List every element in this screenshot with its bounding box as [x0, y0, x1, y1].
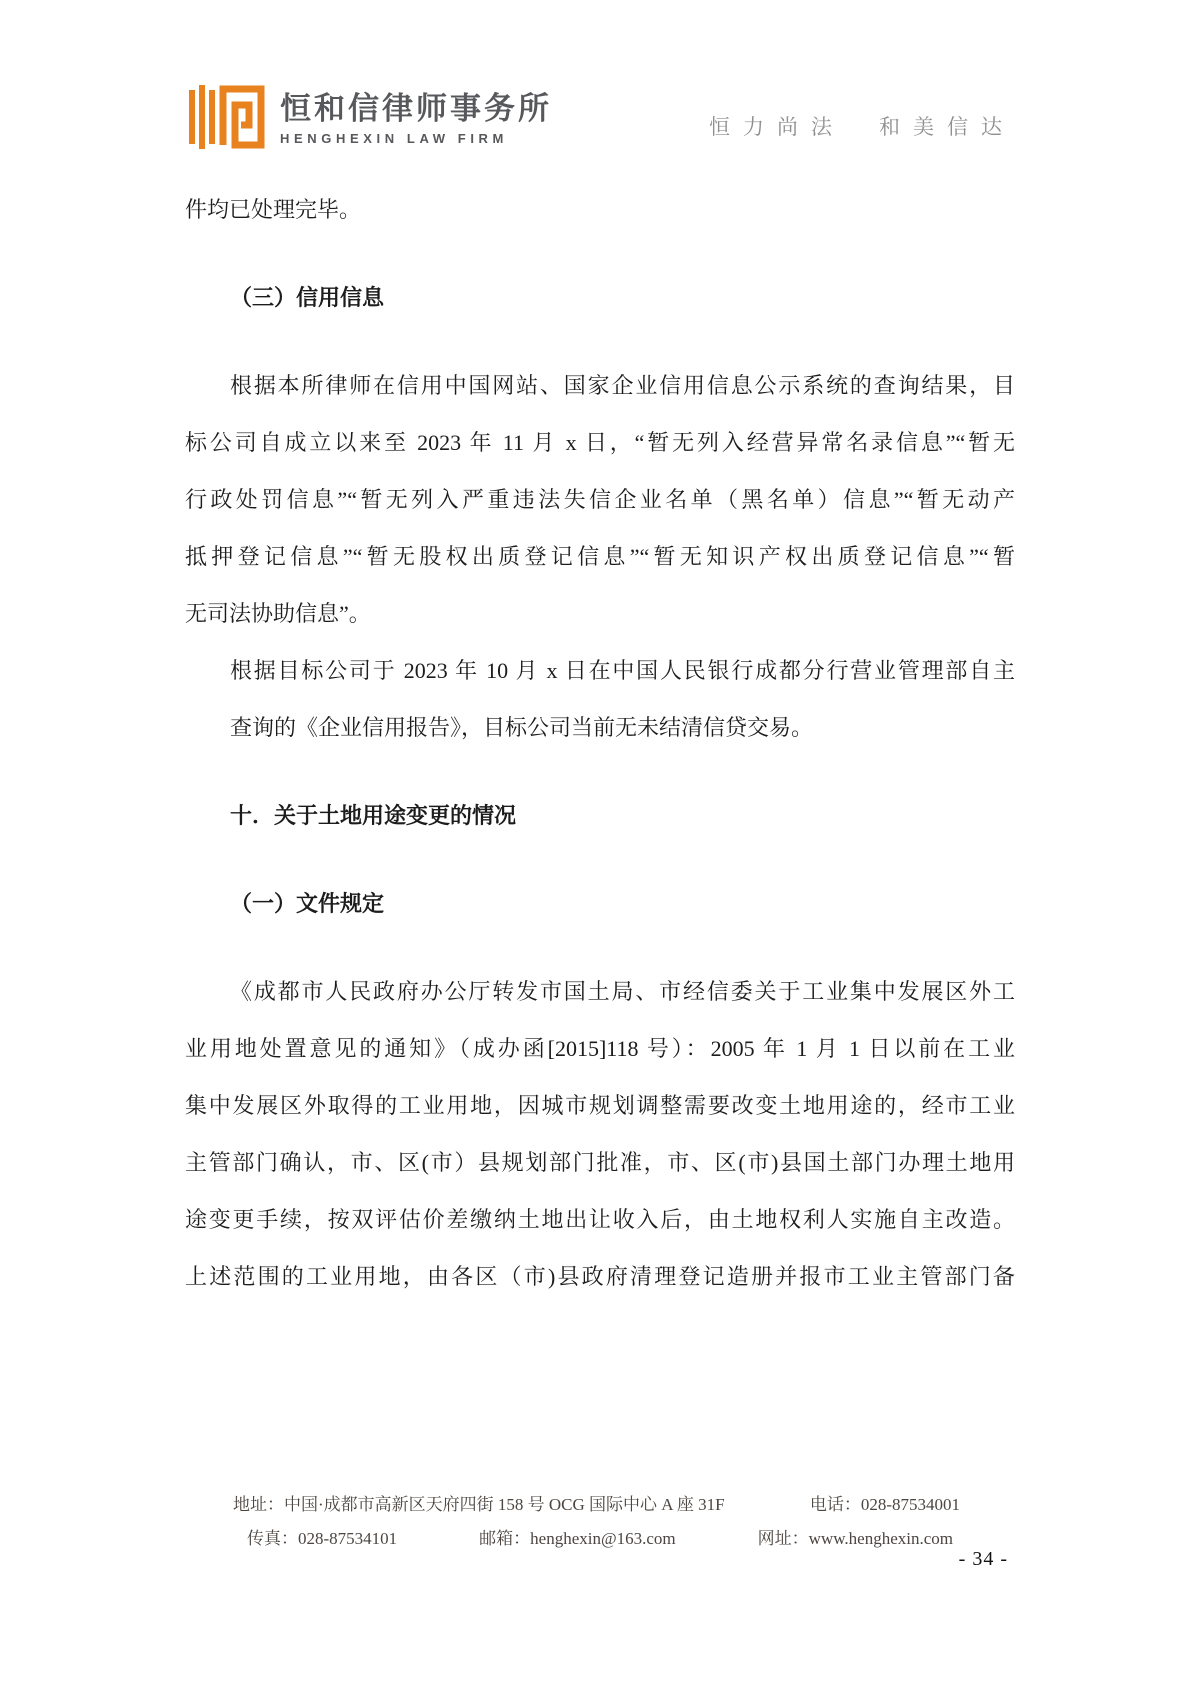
- paragraph-line: 查询的《企业信用报告》，目标公司当前无未结清信贷交易。: [185, 699, 1015, 756]
- document-page: 恒和信律师事务所 HENGHEXIN LAW FIRM 恒力尚法 和美信达 件均…: [0, 0, 1190, 1683]
- footer-row: 传真：028-87534101 邮箱：henghexin@163.com 网址：…: [185, 1522, 1015, 1556]
- subsection-heading-document-provisions: （一）文件规定: [185, 875, 1015, 932]
- paragraph-line: 行政处罚信息”“暂无列入严重违法失信企业名单（黑名单）信息”“暂无动产: [185, 471, 1015, 528]
- paragraph-line: 业用地处置意见的通知》（成办函[2015]118 号）：2005 年 1 月 1…: [185, 1020, 1015, 1077]
- paragraph-line: 抵押登记信息”“暂无股权出质登记信息”“暂无知识产权出质登记信息”“暂: [185, 528, 1015, 585]
- document-body: 件均已处理完毕。 （三）信用信息 根据本所律师在信用中国网站、国家企业信用信息公…: [185, 181, 1015, 1305]
- page-footer: 地址：中国·成都市高新区天府四街 158 号 OCG 国际中心 A 座 31F …: [185, 1488, 1015, 1556]
- paragraph-line: 无司法协助信息”。: [185, 585, 1015, 642]
- footer-phone: 电话：028-87534001: [810, 1488, 960, 1522]
- footer-row: 地址：中国·成都市高新区天府四街 158 号 OCG 国际中心 A 座 31F …: [185, 1488, 1015, 1522]
- section-heading-land-use-change: 十．关于土地用途变更的情况: [185, 787, 1015, 844]
- paragraph-line: 途变更手续，按双评估价差缴纳土地出让收入后，由土地权利人实施自主改造。: [185, 1191, 1015, 1248]
- law-firm-logo: 恒和信律师事务所 HENGHEXIN LAW FIRM: [189, 85, 552, 154]
- page-header: 恒和信律师事务所 HENGHEXIN LAW FIRM 恒力尚法 和美信达: [189, 84, 1015, 154]
- law-firm-name-cn: 恒和信律师事务所: [280, 92, 552, 126]
- footer-email: 邮箱：henghexin@163.com: [479, 1522, 676, 1556]
- law-firm-name-en: HENGHEXIN LAW FIRM: [280, 131, 552, 146]
- paragraph-line: 主管部门确认，市、区(市）县规划部门批准，市、区(市)县国土部门办理土地用: [185, 1134, 1015, 1191]
- footer-address: 地址：中国·成都市高新区天府四街 158 号 OCG 国际中心 A 座 31F: [233, 1488, 725, 1522]
- footer-fax: 传真：028-87534101: [247, 1522, 397, 1556]
- header-tagline: 恒力尚法 和美信达: [709, 97, 1015, 141]
- paragraph-line: 上述范围的工业用地，由各区（市)县政府清理登记造册并报市工业主管部门备: [185, 1248, 1015, 1305]
- paragraph-line: 根据目标公司于 2023 年 10 月 x 日在中国人民银行成都分行营业管理部自…: [185, 642, 1015, 699]
- paragraph-line: 根据本所律师在信用中国网站、国家企业信用信息公示系统的查询结果，目: [185, 357, 1015, 414]
- paragraph-line: 集中发展区外取得的工业用地，因城市规划调整需要改变土地用途的，经市工业: [185, 1077, 1015, 1134]
- page-number: - 34 -: [959, 1548, 1008, 1571]
- section-heading-credit-info: （三）信用信息: [185, 269, 1015, 326]
- law-firm-logo-icon: [189, 85, 265, 154]
- paragraph-line: 标公司自成立以来至 2023 年 11 月 x 日，“暂无列入经营异常名录信息”…: [185, 414, 1015, 471]
- paragraph-line: 件均已处理完毕。: [185, 181, 1015, 238]
- law-firm-logo-text: 恒和信律师事务所 HENGHEXIN LAW FIRM: [280, 92, 552, 146]
- footer-website: 网址：www.henghexin.com: [758, 1522, 953, 1556]
- paragraph-line: 《成都市人民政府办公厅转发市国土局、市经信委关于工业集中发展区外工: [185, 963, 1015, 1020]
